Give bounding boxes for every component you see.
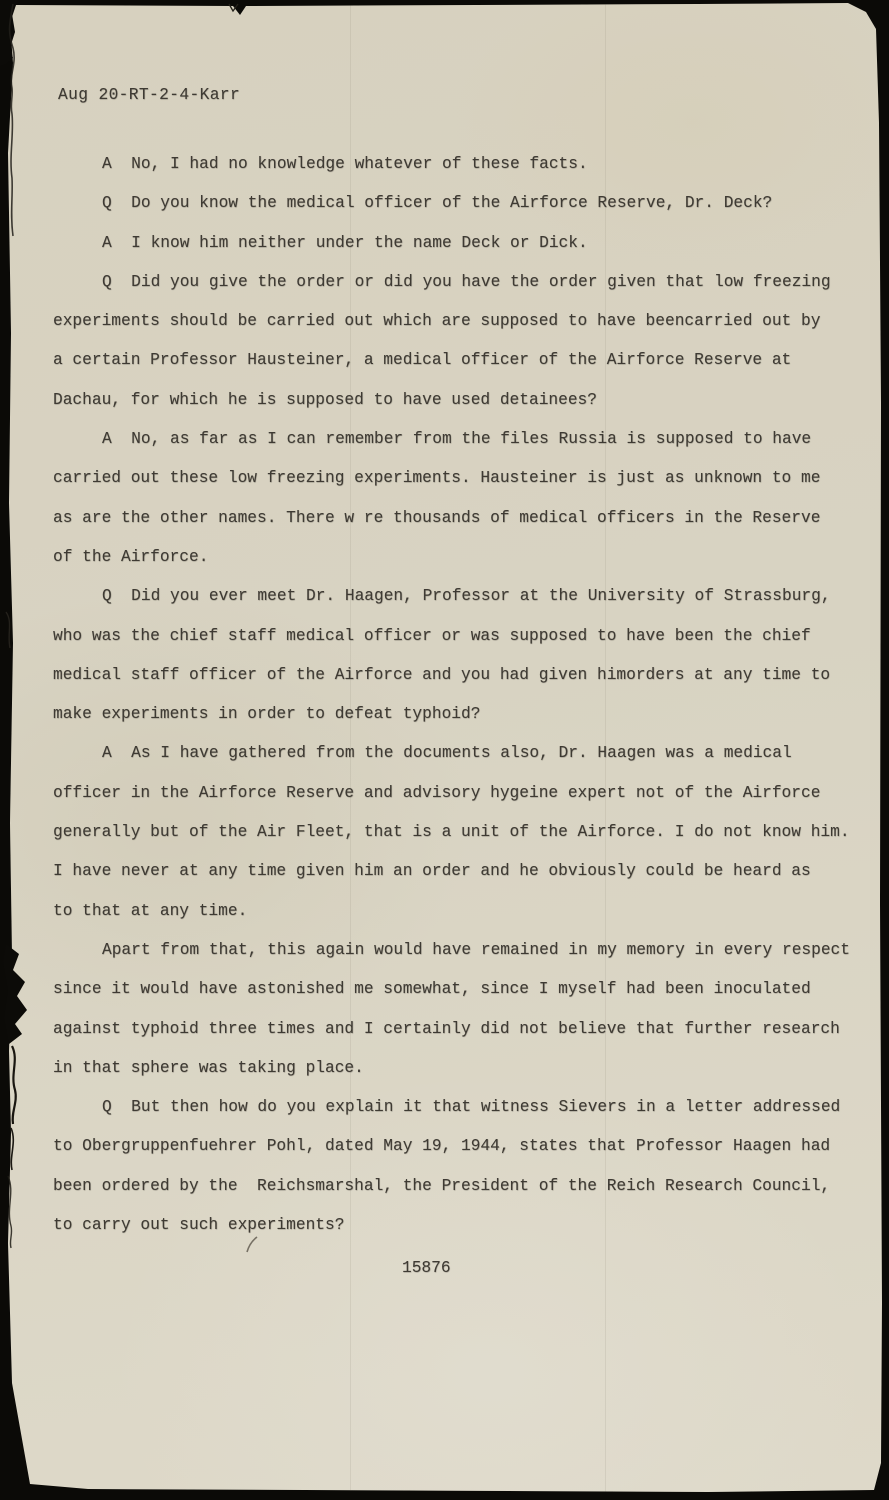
transcript-body: A No, I had no knowledge whatever of the… [53,145,853,1245]
transcript-line: A No, as far as I can remember from the … [53,420,853,459]
crack-line-icon [6,612,10,648]
scanned-document-page: Aug 20-RT-2-4-Karr A No, I had no knowle… [0,0,889,1500]
transcript-line: make experiments in order to defeat typh… [53,695,853,734]
transcript-line: officer in the Airforce Reserve and advi… [53,774,853,813]
transcript-line: experiments should be carried out which … [53,302,853,341]
transcript-line: Q Did you give the order or did you have… [53,263,853,302]
transcript-line: since it would have astonished me somewh… [53,970,853,1009]
transcript-line: generally but of the Air Fleet, that is … [53,813,853,852]
transcript-line: A As I have gathered from the documents … [53,734,853,773]
transcript-line: of the Airforce. [53,538,853,577]
transcript-line: to that at any time. [53,892,853,931]
transcript-line: been ordered by the Reichsmarshal, the P… [53,1167,853,1206]
transcript-line: Q Do you know the medical officer of the… [53,184,853,223]
transcript-line: against typhoid three times and I certai… [53,1010,853,1049]
transcript-line: medical staff officer of the Airforce an… [53,656,853,695]
document-header-reference: Aug 20-RT-2-4-Karr [58,86,240,104]
transcript-line: in that sphere was taking place. [53,1049,853,1088]
transcript-line: A I know him neither under the name Deck… [53,224,853,263]
transcript-line: to Obergruppenfuehrer Pohl, dated May 19… [53,1127,853,1166]
transcript-line: carried out these low freezing experimen… [53,459,853,498]
transcript-line: Apart from that, this again would have r… [53,931,853,970]
page-number: 15876 [402,1259,451,1277]
transcript-line: A No, I had no knowledge whatever of the… [53,145,853,184]
transcript-line: Dachau, for which he is supposed to have… [53,381,853,420]
transcript-line: as are the other names. There w re thous… [53,499,853,538]
transcript-line: Q Did you ever meet Dr. Haagen, Professo… [53,577,853,616]
transcript-line: a certain Professor Hausteiner, a medica… [53,341,853,380]
transcript-line: to carry out such experiments? [53,1206,853,1245]
transcript-line: I have never at any time given him an or… [53,852,853,891]
transcript-line: Q But then how do you explain it that wi… [53,1088,853,1127]
transcript-line: who was the chief staff medical officer … [53,617,853,656]
